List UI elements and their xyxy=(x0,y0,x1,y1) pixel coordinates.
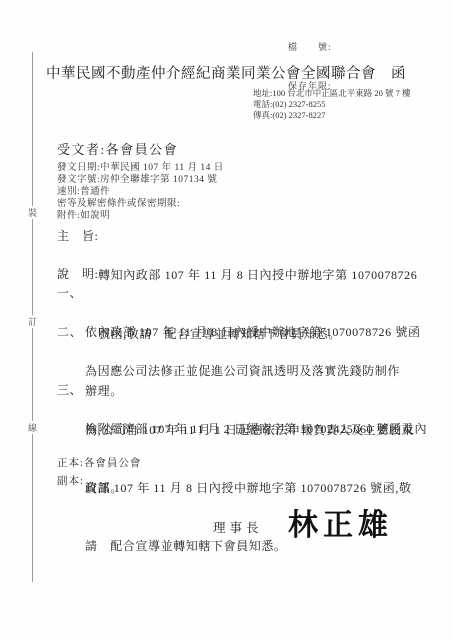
security-line: 密等及解密條件或保密期限: xyxy=(57,198,224,210)
telephone-line: 電話:(02) 2327-8255 xyxy=(253,99,411,110)
explanation-line: 為因應公司法修正並促進公司資訊透明及落實洗錢防制作 xyxy=(85,362,442,382)
binding-mark-xian: 線 xyxy=(26,421,39,434)
binding-mark-zhuang: 裝 xyxy=(26,206,39,219)
issue-date-line: 發文日期:中華民國 107 年 11 月 14 日 xyxy=(57,162,224,174)
explanation-line: 檢附經濟部 107 年 11 月 2 日經商字第 10702425060 號函及… xyxy=(85,420,442,440)
fax-line: 傳真:(02) 2327-8227 xyxy=(253,110,411,121)
attachment-line: 附件:如說明 xyxy=(57,210,224,222)
duplicate-copy-line: 副本: xyxy=(57,473,84,488)
address-line: 地址:100 台北市中正區北平東路 20 號 7 樓 xyxy=(253,88,411,99)
original-copy-line: 正本:各會員公會 xyxy=(57,455,141,470)
explanation-item-text: 檢附經濟部 107 年 11 月 2 日經商字第 10702425060 號函及… xyxy=(85,381,442,596)
meta-block: 發文日期:中華民國 107 年 11 月 14 日 發文字號:房仲全聯雄字第 1… xyxy=(57,162,224,222)
issuing-org-name: 中華民國不動產仲介經紀商業同業公會全國聯合會 xyxy=(46,66,376,82)
recipient-line: 受文者:各會員公會 xyxy=(57,139,178,158)
file-number-label: 檔 號: xyxy=(288,41,332,54)
contact-block: 地址:100 台北市中正區北平東路 20 號 7 樓 電話:(02) 2327-… xyxy=(253,88,411,120)
official-letter-page: 裝 訂 線 檔 號: 保存年限: 中華民國不動產仲介經紀商業同業公會全國聯合會函… xyxy=(0,0,452,640)
subject-label: 主 旨: xyxy=(57,227,98,244)
priority-line: 速別:普通件 xyxy=(57,186,224,198)
explanation-line: 政部 107 年 11 月 8 日內授中辦地字第 1070078726 號函,敬 xyxy=(85,479,442,499)
document-type: 函 xyxy=(391,66,406,82)
explanation-label: 說 明: xyxy=(57,265,98,282)
doc-number-line: 發文字號:房仲全聯雄字第 107134 號 xyxy=(57,174,224,186)
binding-mark-ding: 訂 xyxy=(26,315,39,328)
explanation-item-number: 一、 xyxy=(57,284,82,301)
chairman-signature-name: 林正雄 xyxy=(288,500,393,544)
explanation-item-number: 三、 xyxy=(57,381,82,398)
chairman-title: 理事長 xyxy=(213,518,263,536)
subject-line: 轉知內政部 107 年 11 月 8 日內授中辦地字第 1070078726 xyxy=(98,266,440,286)
explanation-item-number: 二、 xyxy=(57,323,82,340)
document-title: 中華民國不動產仲介經紀商業同業公會全國聯合會函 xyxy=(0,62,452,83)
